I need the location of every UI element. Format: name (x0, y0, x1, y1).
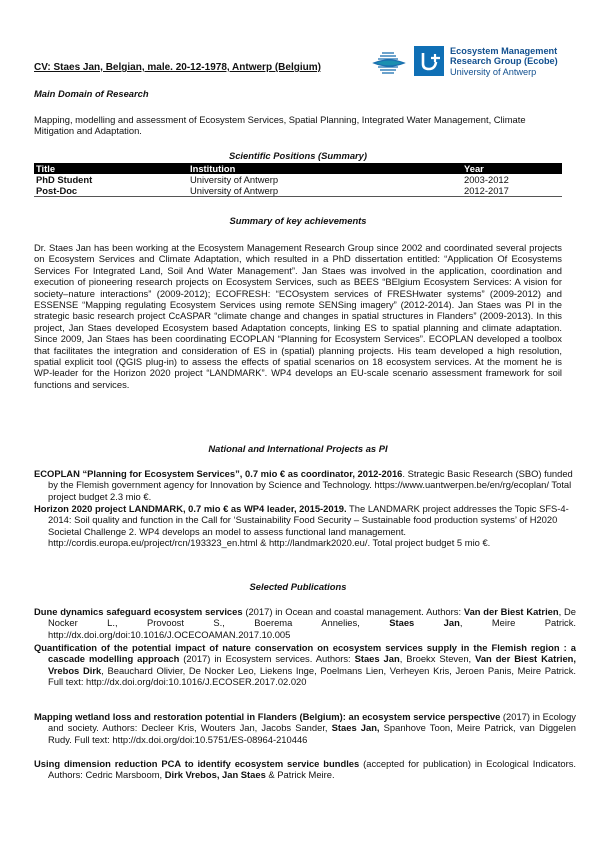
project-title: ECOPLAN “Planning for Ecosystem Services… (34, 468, 402, 479)
logo-line1: Ecosystem Management (450, 46, 557, 56)
publication-item: Mapping wetland loss and restoration pot… (34, 711, 576, 745)
cell-year: 2012-2017 (462, 185, 562, 197)
project-item: Horizon 2020 project LANDMARK, 0.7 mio €… (34, 503, 576, 549)
projects-heading: National and International Projects as P… (34, 443, 562, 454)
cell-year: 2003-2012 (462, 174, 562, 185)
publication-item: Using dimension reduction PCA to identif… (34, 758, 576, 781)
publications-heading: Selected Publications (34, 581, 562, 592)
publication-bold-text: Van der Biest Katrien (464, 606, 559, 617)
domain-text: Mapping, modelling and assessment of Eco… (34, 114, 564, 137)
achievements-text: Dr. Staes Jan has been working at the Ec… (34, 242, 562, 390)
cell-title: Post-Doc (34, 185, 188, 197)
positions-heading: Scientific Positions (Summary) (34, 150, 562, 161)
cell-title: PhD Student (34, 174, 188, 185)
table-row: Post-Doc University of Antwerp 2012-2017 (34, 185, 562, 197)
domain-heading: Main Domain of Research (34, 88, 149, 99)
publication-bold-text: Dune dynamics safeguard ecosystem servic… (34, 606, 243, 617)
cv-title: CV: Staes Jan, Belgian, male. 20-12-1978… (34, 62, 321, 73)
publication-item: Quantification of the potential impact o… (34, 642, 576, 688)
cell-institution: University of Antwerp (188, 185, 462, 197)
logo-text: Ecosystem Management Research Group (Eco… (450, 46, 558, 77)
waves-logo-icon (372, 50, 406, 76)
publication-text: , Broekx Steven, (400, 653, 475, 664)
col-institution: Institution (188, 163, 462, 174)
publication-bold-text: Dirk Vrebos, Jan Staes (165, 769, 266, 780)
table-row: PhD Student University of Antwerp 2003-2… (34, 174, 562, 185)
ecobe-logo: Ecosystem Management Research Group (Eco… (372, 46, 572, 82)
publication-bold-text: Staes Jan (389, 617, 460, 628)
logo-line3: University of Antwerp (450, 67, 558, 77)
project-item: ECOPLAN “Planning for Ecosystem Services… (34, 468, 576, 502)
publication-bold-text: Using dimension reduction PCA to identif… (34, 758, 359, 769)
publication-text: , Beauchard Olivier, De Nocker Leo, Liek… (48, 665, 576, 687)
publication-text: & Patrick Meire. (266, 769, 335, 780)
logo-line2: Research Group (Ecobe) (450, 56, 558, 66)
publication-bold-text: Mapping wetland loss and restoration pot… (34, 711, 500, 722)
publication-bold-text: Staes Jan, (332, 722, 380, 733)
project-title: Horizon 2020 project LANDMARK, 0.7 mio €… (34, 503, 347, 514)
uantwerp-logo-icon (414, 46, 444, 76)
col-title: Title (34, 163, 188, 174)
publication-item: Dune dynamics safeguard ecosystem servic… (34, 606, 576, 640)
positions-table: Title Institution Year PhD Student Unive… (34, 163, 562, 197)
achievements-heading: Summary of key achievements (34, 215, 562, 226)
publication-text: (2017) in Ocean and coastal management. … (243, 606, 464, 617)
publication-bold-text: Staes Jan (355, 653, 400, 664)
cell-institution: University of Antwerp (188, 174, 462, 185)
publication-text: (2017) in Ecosystem services. Authors: (179, 653, 354, 664)
col-year: Year (462, 163, 562, 174)
